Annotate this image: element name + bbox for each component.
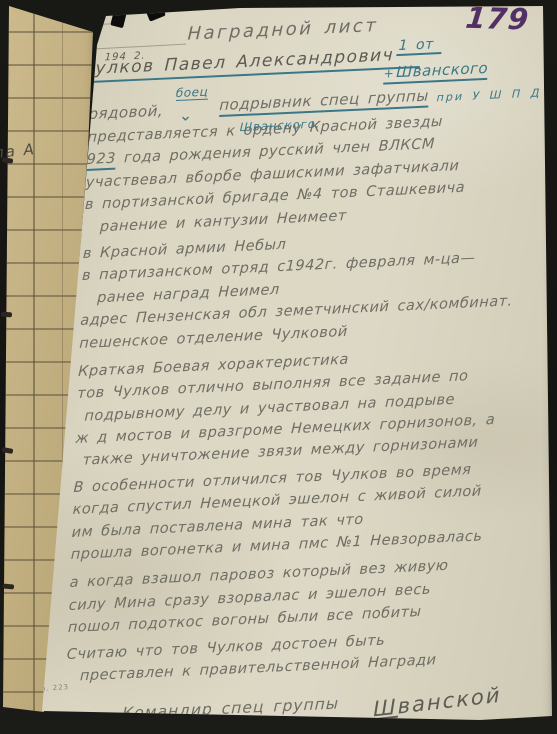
tape-mark bbox=[145, 3, 166, 21]
unit-note: при У Ш П Д bbox=[436, 86, 541, 107]
handwritten-content: Наградной лист 194 2. 179 1 от +Шванског… bbox=[64, 7, 550, 734]
document-title: Наградной лист bbox=[187, 15, 379, 45]
insert-plus-mark: + bbox=[383, 66, 394, 80]
insertion-block: боец ⌄ bbox=[171, 82, 212, 119]
binding-stitch bbox=[3, 584, 14, 590]
rank-text: рядовой, bbox=[88, 102, 163, 123]
binding-stitch bbox=[2, 447, 14, 454]
archive-page-number: 179 bbox=[464, 1, 531, 37]
detachment-note: 1 от bbox=[396, 36, 442, 56]
signature-row: Командир спец группы Шванской bbox=[122, 687, 523, 729]
signature-title: Командир спец группы bbox=[122, 695, 339, 723]
scanned-award-document: ла А м. 223 Наградной лист 194 2. 179 1 … bbox=[0, 0, 557, 734]
year-blank: 194 2. bbox=[105, 51, 146, 64]
commander-name-text: Шванского bbox=[396, 59, 489, 81]
inserted-word: боец bbox=[176, 85, 209, 101]
binding-stitch bbox=[1, 312, 12, 318]
birth-year: 923 bbox=[86, 151, 116, 171]
tape-mark bbox=[110, 2, 128, 28]
role-text: подрывник спец группы bbox=[219, 87, 429, 118]
document-body: представляется к ордену Красной звезды 9… bbox=[65, 109, 546, 691]
faint-rule-line bbox=[84, 23, 110, 25]
caret-insert-icon: ⌄ bbox=[179, 105, 194, 125]
signature-name: Шванской bbox=[373, 683, 502, 722]
